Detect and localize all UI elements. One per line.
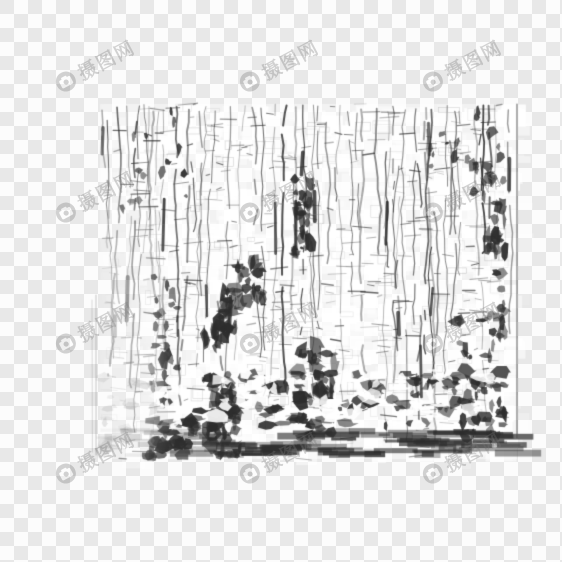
cracked-paint-texture-image — [0, 0, 562, 562]
stock-image-preview: 摄图网摄图网摄图网摄图网摄图网摄图网摄图网摄图网摄图网摄图网摄图网摄图网 — [0, 0, 562, 562]
